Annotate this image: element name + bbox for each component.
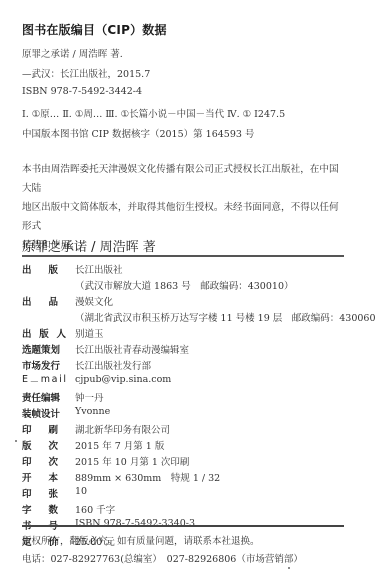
cip-heading: 图书在版编目（CIP）数据	[22, 21, 167, 38]
cip-line-classification: Ⅰ. ①原… Ⅱ. ①周… Ⅲ. ①长篇小说－中国－当代 Ⅳ. ① I247.5	[22, 106, 285, 120]
entry-address: （湖北省武汉市积玉桥万达写字楼 11 号楼 19 层 邮政编码：430060）	[75, 310, 375, 324]
entry-value: 漫娱文化	[75, 294, 113, 308]
title-divider	[22, 255, 344, 257]
entry-value: ISBN 978-7-5492-3340-3	[75, 518, 195, 529]
scan-speck	[288, 567, 290, 569]
entry-label: 开本	[22, 470, 58, 484]
cip-line-title: 原罪之承诺 / 周浩晖 著.	[22, 46, 123, 60]
entry-address: （武汉市解放大道 1863 号 邮政编码：430010）	[75, 278, 293, 292]
entry-value: 160 千字	[75, 502, 115, 516]
footer-divider	[22, 525, 344, 527]
entry-label: 字数	[22, 502, 58, 516]
entry-label: 印次	[22, 454, 58, 468]
entry-label: 出品	[22, 294, 58, 308]
authorization-line: 本书由周浩晖委托天津漫娱文化传播有限公司正式授权长江出版社，在中国大陆	[22, 160, 342, 198]
authorization-line: 地区出版中文简体版本，并取得其他衍生授权。未经书面同意，不得以任何形式	[22, 198, 342, 236]
entry-label: 出版人	[22, 326, 66, 340]
entry-value: Yvonne	[75, 406, 110, 417]
entry-label: 版次	[22, 438, 58, 452]
entry-value: 别道玉	[75, 326, 104, 340]
copyright-notice: 版权所有，翻版必究。如有质量问题，请联系本社退换。	[22, 533, 260, 547]
entry-value: 湖北新华印务有限公司	[75, 422, 170, 436]
cip-line-publisher: —武汉：长江出版社，2015.7	[22, 66, 150, 80]
entry-value: 2015 年 7 月第 1 版	[75, 438, 164, 452]
entry-label: 印刷	[22, 422, 58, 436]
cip-line-isbn: ISBN 978-7-5492-3442-4	[22, 86, 142, 97]
entry-label: E－mail	[22, 374, 66, 388]
cip-line-record-number: 中国版本图书馆 CIP 数据核字（2015）第 164593 号	[22, 126, 254, 140]
contact-phones: 电话：027-82927763(总编室） 027-82926806（市场营销部）	[22, 551, 303, 565]
entry-value: 889mm × 630mm 特规 1 / 32	[75, 470, 220, 484]
entry-label: 选题策划	[22, 342, 72, 356]
book-title: 原罪之承诺 / 周浩晖 著	[22, 236, 156, 255]
entry-value: 10	[75, 486, 87, 497]
entry-label: 市场发行	[22, 358, 72, 372]
entry-label: 责任编辑	[22, 390, 72, 404]
entry-value: 长江出版社青春动漫编辑室	[75, 342, 189, 356]
entry-value: 长江出版社	[75, 262, 123, 276]
entry-label: 装帧设计	[22, 406, 72, 420]
entry-value: 钟一丹	[75, 390, 104, 404]
entry-label: 出版	[22, 262, 58, 276]
entry-label: 印张	[22, 486, 58, 500]
scan-speck	[15, 440, 17, 442]
entry-value: cjpub@vip.sina.com	[75, 374, 171, 385]
entry-value: 2015 年 10 月第 1 次印刷	[75, 454, 189, 468]
entry-value: 长江出版社发行部	[75, 358, 151, 372]
